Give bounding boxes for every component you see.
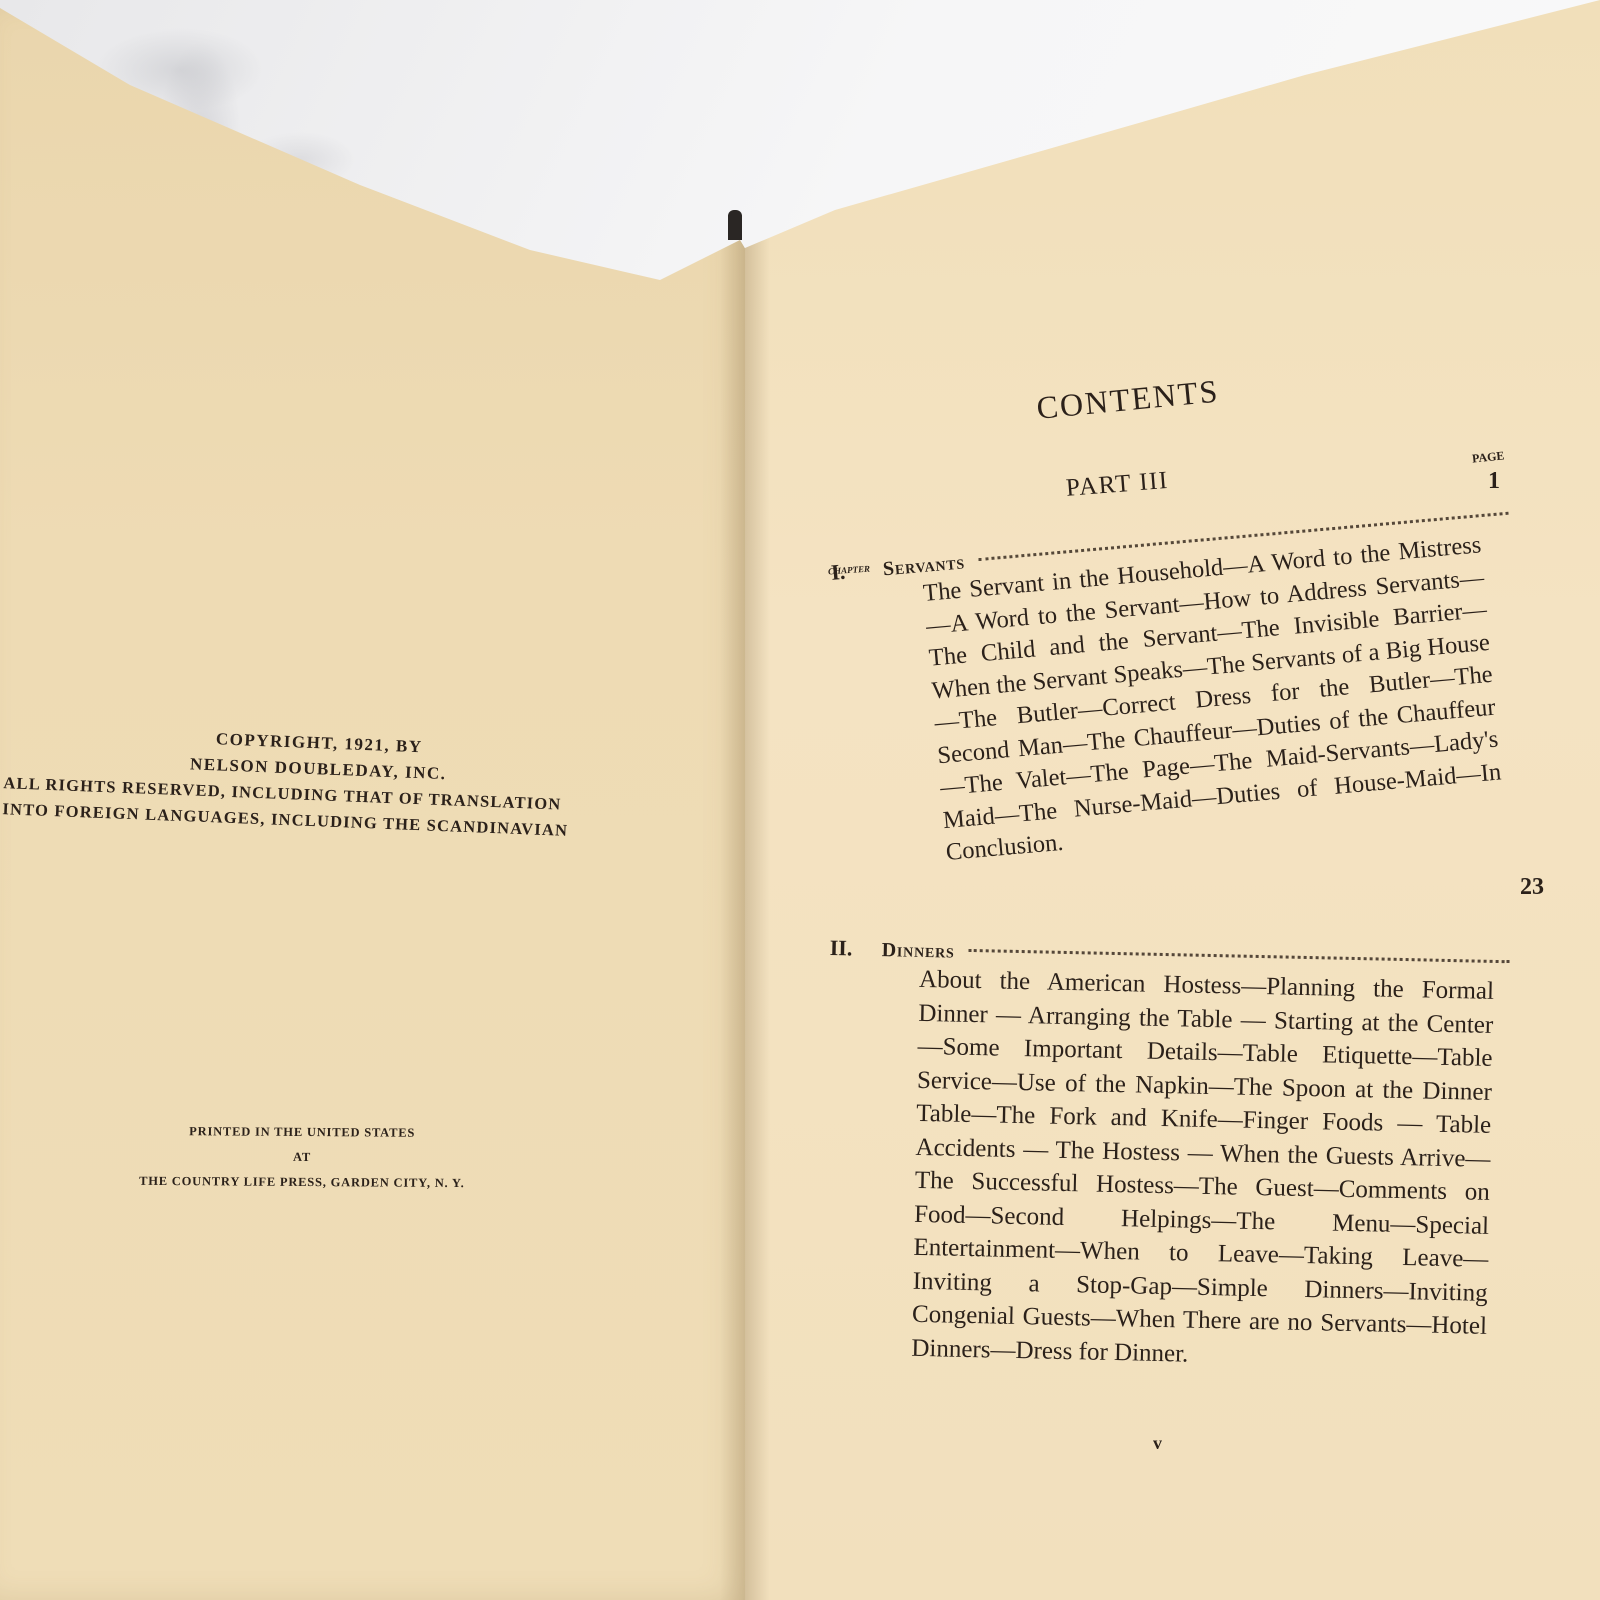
chapter-summary: The Servant in the Household—A Word to t… xyxy=(922,529,1505,869)
page-column-label: PAGE xyxy=(1471,448,1505,466)
part-heading: PART III xyxy=(1065,467,1170,503)
chapter-summary: About the American Hostess—Planning the … xyxy=(911,963,1494,1377)
chapter-numeral: I. xyxy=(830,555,884,585)
press-line: THE COUNTRY LIFE PRESS, GARDEN CITY, N. … xyxy=(92,1169,512,1197)
book-spine xyxy=(728,210,742,240)
page-folio: v xyxy=(1153,1433,1162,1454)
chapter-page-number: 23 xyxy=(1520,874,1544,901)
chapter-title: Dinners xyxy=(881,939,954,964)
toc-entry: II. Dinners About the American Hostess—P… xyxy=(821,935,1510,1377)
dot-leaders xyxy=(969,949,1510,963)
chapter-page-number: 1 xyxy=(1488,468,1500,495)
printed-line: PRINTED IN THE UNITED STATES xyxy=(92,1119,512,1147)
toc-entry: I. Servants The Servant in the Household… xyxy=(830,501,1535,878)
chapter-numeral: II. xyxy=(829,935,882,962)
table-of-contents: CONTENTS PART III PAGE 1 23 CHAPTER I. S… xyxy=(820,390,1540,1490)
printer-notice: PRINTED IN THE UNITED STATES AT THE COUN… xyxy=(92,1119,513,1197)
printed-at-line: AT xyxy=(92,1144,512,1172)
